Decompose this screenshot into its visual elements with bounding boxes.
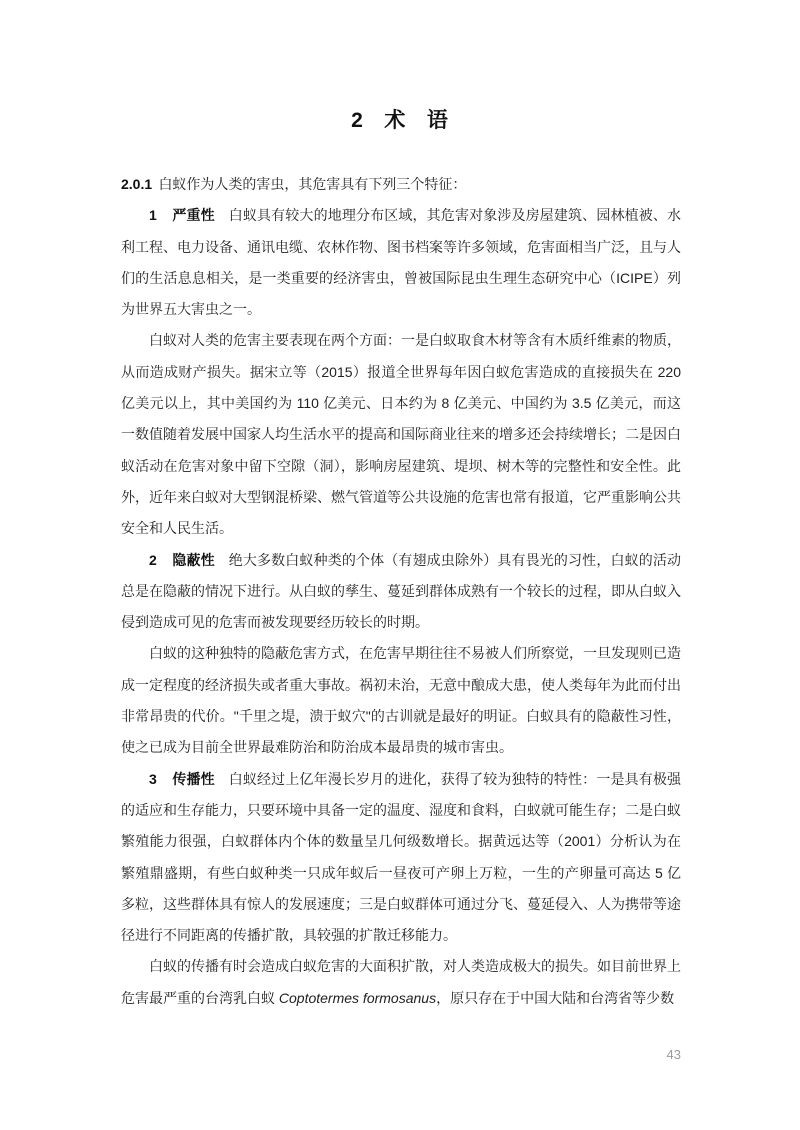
paragraph-spread: 白蚁的传播有时会造成白蚁危害的大面积扩散，对人类造成极大的损失。如目前世界上危害… — [121, 951, 681, 1014]
paragraph-text-post: ，原只存在于中国大陆和台湾省等少数 — [436, 990, 674, 1006]
species-name-italic: Coptotermes formosanus — [279, 990, 436, 1006]
item-paragraph-concealment: 2隐蔽性绝大多数白蚁种类的个体（有翅成虫除外）具有畏光的习性，白蚁的活动总是在隐… — [121, 545, 681, 639]
item-term: 严重性 — [172, 207, 215, 223]
clause-paragraph: 2.0.1白蚁作为人类的害虫，其危害具有下列三个特征： — [121, 169, 681, 200]
document-page: 2 术 语 2.0.1白蚁作为人类的害虫，其危害具有下列三个特征： 1严重性白蚁… — [0, 0, 800, 1130]
clause-text: 白蚁作为人类的害虫，其危害具有下列三个特征： — [158, 176, 466, 192]
item-number: 1 — [149, 207, 157, 223]
item-term: 隐蔽性 — [172, 552, 215, 568]
item-number: 3 — [149, 771, 157, 787]
paragraph-text: 白蚁对人类的危害主要表现在两个方面：一是白蚁取食木材等含有木质纤维素的物质，从而… — [121, 332, 681, 536]
paragraph-damage: 白蚁对人类的危害主要表现在两个方面：一是白蚁取食木材等含有木质纤维素的物质，从而… — [121, 325, 681, 544]
item-paragraph-dissemination: 3传播性白蚁经过上亿年漫长岁月的进化，获得了较为独特的特性：一是具有极强的适应和… — [121, 764, 681, 952]
paragraph-text: 白蚁的这种独特的隐蔽危害方式，在危害早期往往不易被人们所察觉，一旦发现则已造成一… — [121, 645, 681, 755]
item-number: 2 — [149, 552, 157, 568]
clause-number: 2.0.1 — [121, 176, 152, 192]
item-term: 传播性 — [172, 771, 215, 787]
body-text-block: 2.0.1白蚁作为人类的害虫，其危害具有下列三个特征： 1严重性白蚁具有较大的地… — [121, 169, 681, 1014]
item-text: 白蚁具有较大的地理分布区域，其危害对象涉及房屋建筑、园林植被、水利工程、电力设备… — [121, 207, 681, 317]
section-title: 2 术 语 — [0, 104, 800, 134]
page-number: 43 — [667, 1047, 681, 1062]
item-text: 白蚁经过上亿年漫长岁月的进化，获得了较为独特的特性：一是具有极强的适应和生存能力… — [121, 771, 681, 943]
item-paragraph-severity: 1严重性白蚁具有较大的地理分布区域，其危害对象涉及房屋建筑、园林植被、水利工程、… — [121, 200, 681, 325]
paragraph-hidden-harm: 白蚁的这种独特的隐蔽危害方式，在危害早期往往不易被人们所察觉，一旦发现则已造成一… — [121, 638, 681, 763]
